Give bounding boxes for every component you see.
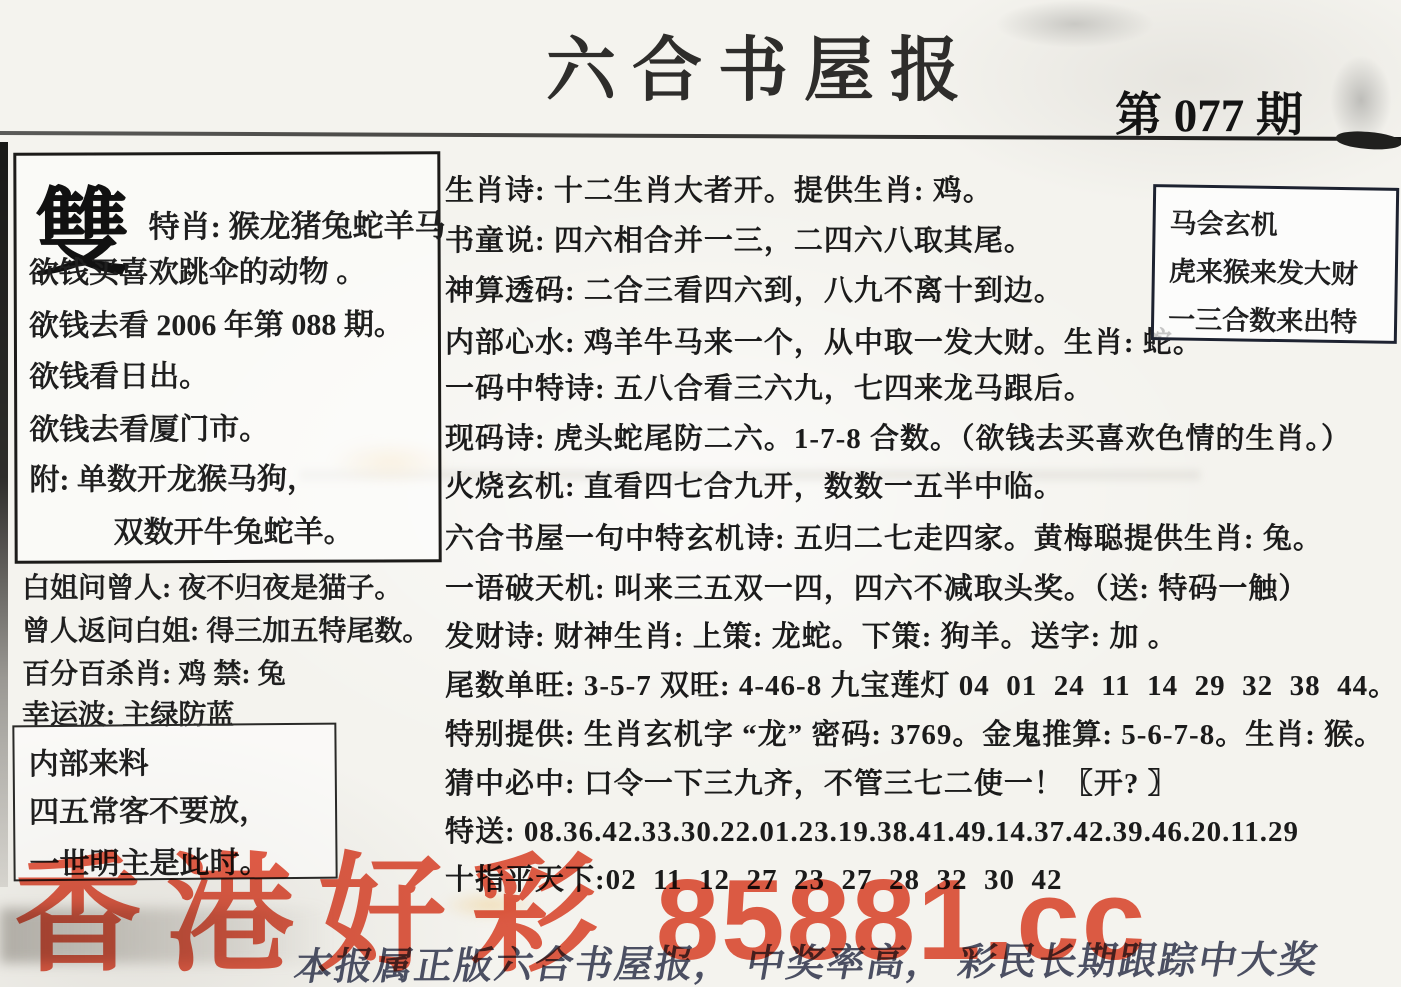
clue-line: 曾人返问白姐: 得三加五特尾数。 [22,609,430,649]
scan-ink-blob [1335,130,1401,152]
clue-line: 内部来料 [28,738,148,783]
clue-line: 附: 单数开龙猴马狗， [29,454,317,499]
clue-line: 白姐问曾人: 夜不归夜是猫子。 [22,566,402,606]
clue-line: 欲钱去看 2006 年第 088 期。 [29,299,404,344]
clue-line: 内部心水: 鸡羊牛马来一个，从中取一发大财。生肖: 蛇。 [445,320,1203,361]
clue-line: 特别提供: 生肖玄机字 “龙” 密码: 3769。金鬼推算: 5-6-7-8。生… [445,712,1384,753]
horse-club-box: 马会玄机 虎来猴来发大财 一三合数来出特 [1151,184,1399,344]
page-title: 六合书屋报 [546,14,976,115]
newspaper-page: 六合书屋报 第 077 期 雙 特肖: 猴龙猪兔蛇羊马 欲钱买喜欢跳伞的动物 。… [0,0,1401,987]
clue-line: 双数开牛兔蛇羊。 [114,507,354,552]
clue-line: 欲钱去看厦门市。 [29,404,269,449]
watermark-cjk: 香港好彩 [14,844,622,987]
watermark: 香港好彩 85881.cc [14,852,1147,980]
clue-line: 书童说: 四六相合并一三，二四六八取其尾。 [445,218,1034,259]
clue-line: 尾数单旺: 3-5-7 双旺: 4-46-8 九宝莲灯 04 01 24 11 … [445,663,1398,704]
special-zodiac-box: 雙 特肖: 猴龙猪兔蛇羊马 欲钱买喜欢跳伞的动物 。 欲钱去看 2006 年第 … [13,151,441,563]
clue-line: 发财诗: 财神生肖: 上策: 龙蛇。下策: 狗羊。送字: 加 。 [445,614,1178,655]
clue-line: 一三合数来出特 [1168,297,1358,339]
clue-line: 欲钱买喜欢跳伞的动物 。 [29,247,367,292]
clue-line: 四五常客不要放， [29,785,269,831]
clue-line: 百分百杀肖: 鸡 禁: 兔 [22,652,286,692]
clue-line: 现码诗: 虎头蛇尾防二六。1-7-8 合数。（欲钱去买喜欢色情的生肖。） [445,416,1351,457]
watermark-code: 85881.cc [622,857,1147,984]
scan-smudge [995,0,1155,48]
clue-line: 一语破天机: 叫来三五双一四，四六不减取头奖。（送: 特码一触） [445,566,1308,607]
clue-line: 猜中必中: 口令一下三九齐，不管三七二使一！〖开? 〗 [445,761,1178,802]
scan-edge-line [0,142,8,887]
clue-line: 生肖诗: 十二生肖大者开。提供生肖: 鸡。 [445,168,993,209]
clue-line: 虎来猴来发大财 [1169,249,1359,291]
clue-line: 马会玄机 [1169,201,1278,242]
clue-line: 欲钱看日出。 [29,351,209,396]
clue-line: 一码中特诗: 五八合看三六九，七四来龙马跟后。 [445,366,1094,407]
clue-line: 六合书屋一句中特玄机诗: 五归二七走四家。黄梅聪提供生肖: 兔。 [445,516,1323,557]
texiao-line: 特肖: 猴龙猪兔蛇羊马 [148,200,445,246]
clue-line: 神算透码: 二合三看四六到，八九不离十到边。 [445,268,1064,309]
clue-line: 火烧玄机: 直看四七合九开，数数一五半中临。 [445,464,1064,505]
